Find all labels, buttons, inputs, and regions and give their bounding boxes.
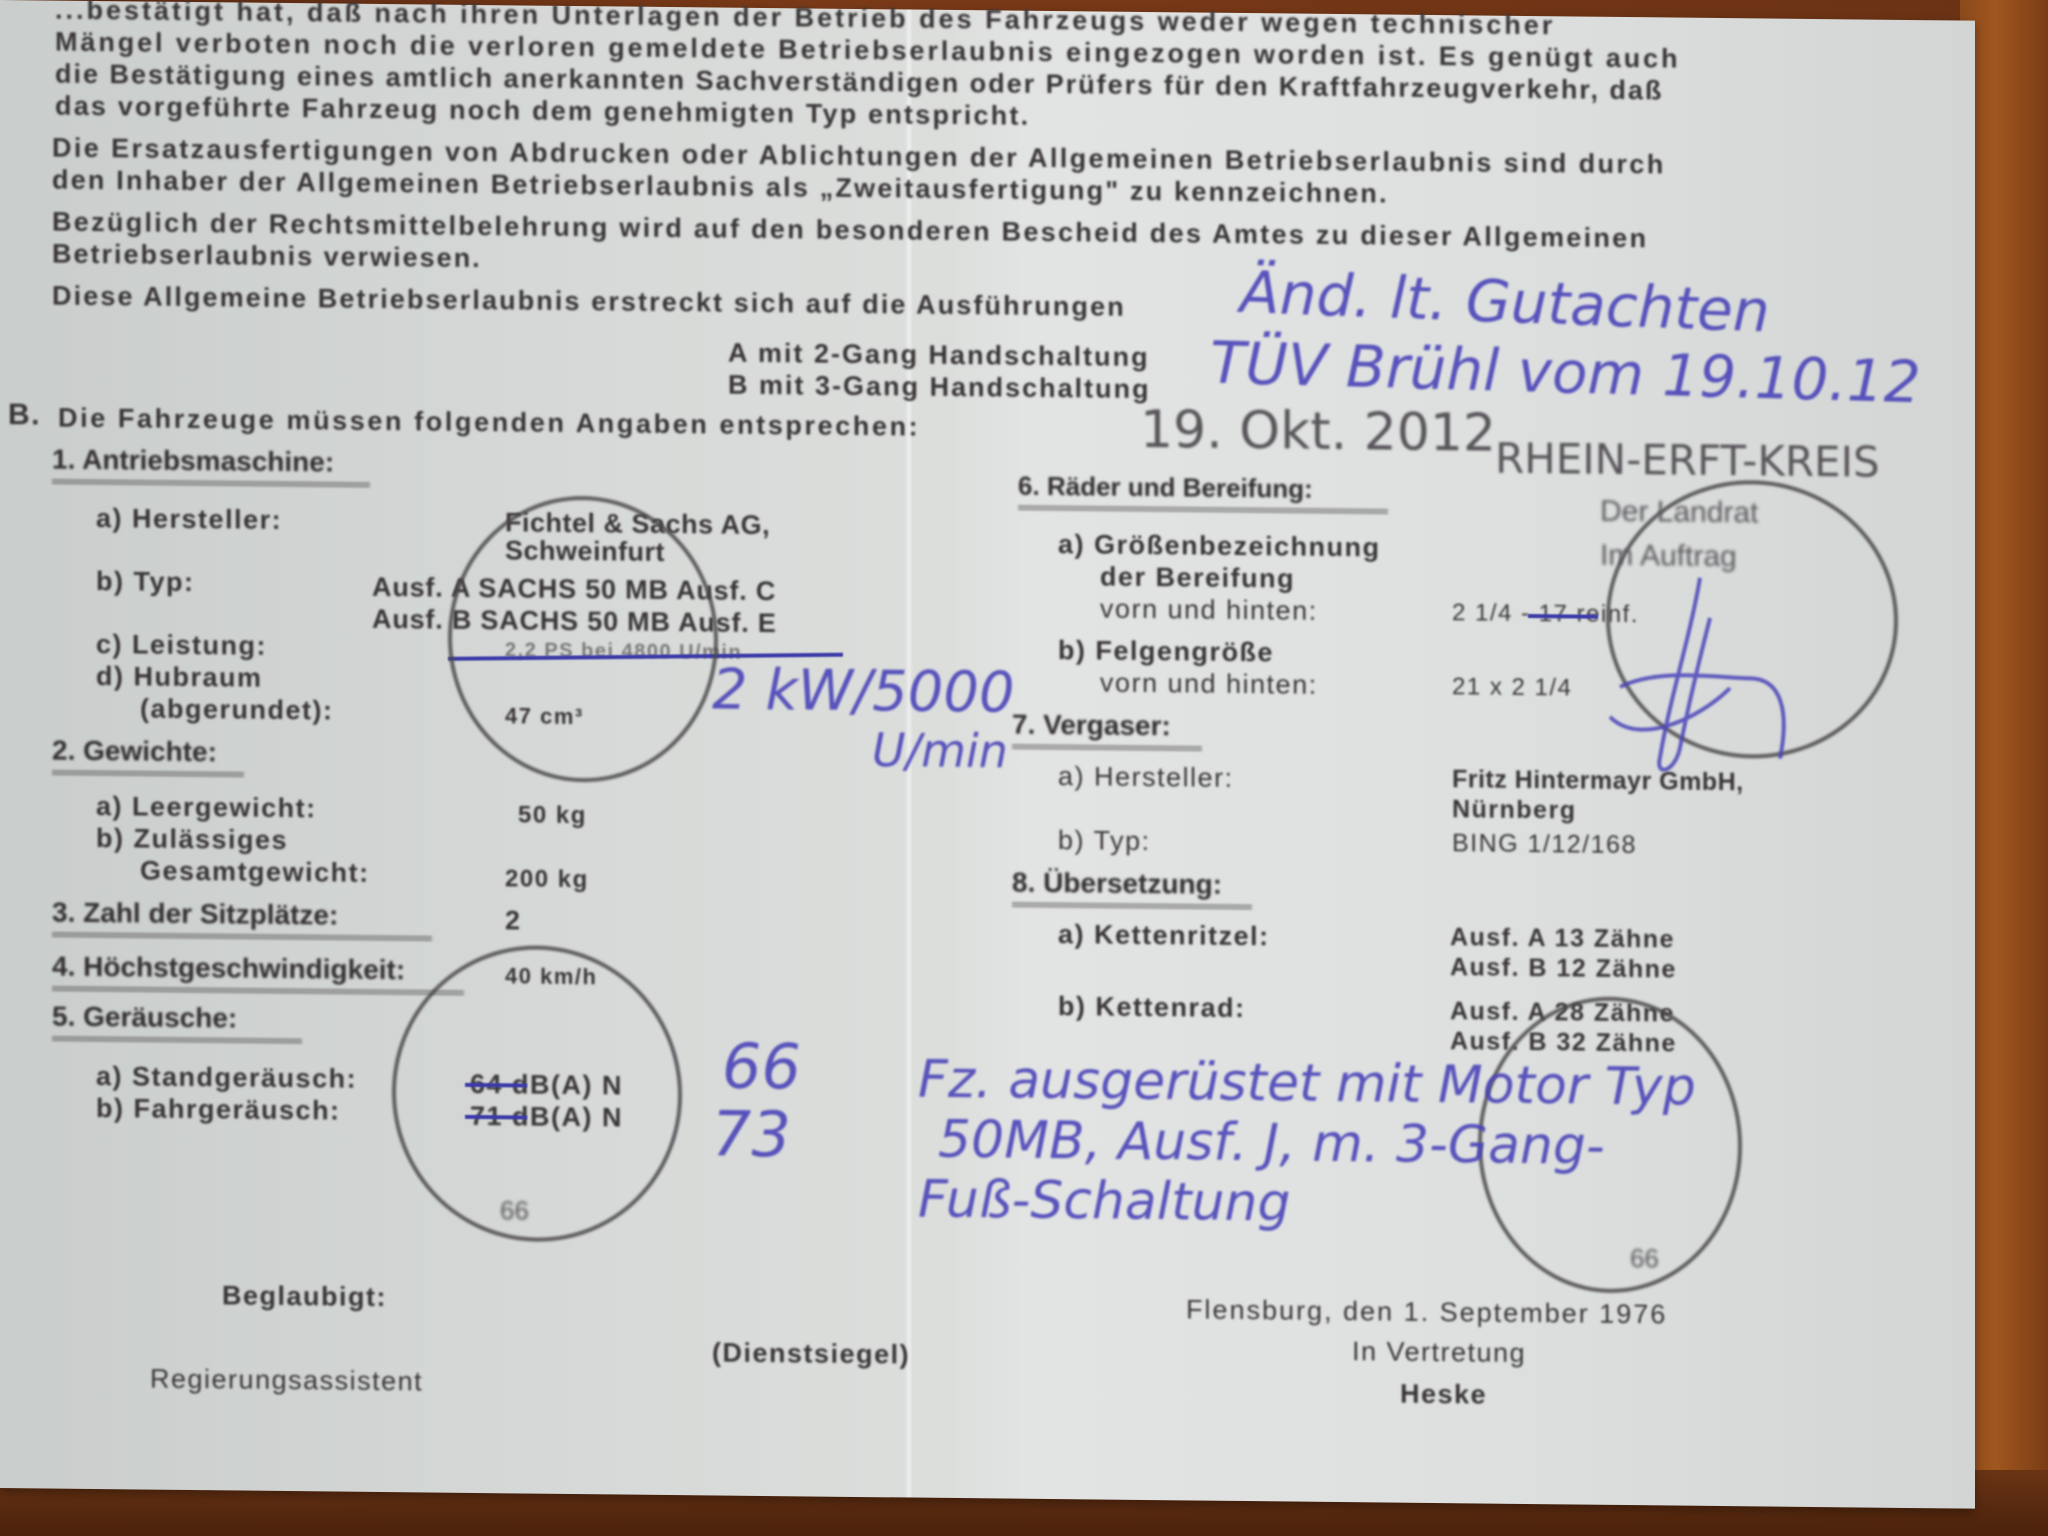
heading-raeder-bereifung: 6. Räder und Bereifung:: [1018, 471, 1388, 514]
handwritten-noise-b: 73: [712, 1097, 791, 1171]
value-felgengroesse: 21 x 2 1/4: [1452, 673, 1572, 702]
ausfuehrungen-text: Diese Allgemeine Betriebserlaubnis erstr…: [52, 281, 1126, 323]
seal-number-bottom-right: 66: [1630, 1243, 1659, 1274]
value-sitzplaetze: 2: [505, 905, 522, 936]
heading-uebersetzung: 8. Übersetzung:: [1012, 867, 1252, 910]
label-bereifung: der Bereifung: [1100, 562, 1295, 595]
label-gesamtgewicht: Gesamtgewicht:: [140, 855, 370, 888]
label-vorn-hinten-1: vorn und hinten:: [1100, 594, 1318, 627]
dienstsiegel-label: (Dienstsiegel): [712, 1337, 910, 1370]
regierungsassistent-label: Regierungsassistent: [150, 1364, 423, 1398]
value-leergewicht: 50 kg: [518, 801, 587, 830]
section-b-marker: B.: [8, 398, 41, 432]
heading-antriebsmaschine: 1. Antriebsmaschine:: [52, 444, 370, 487]
handwritten-power: 2 kW/5000: [712, 657, 1015, 725]
label-vergaser-typ: b) Typ:: [1058, 825, 1151, 857]
label-vorn-hinten-2: vorn und hinten:: [1100, 668, 1318, 701]
handwritten-note-line-1: Fz. ausgerüstet mit Motor Typ: [918, 1050, 1696, 1118]
heading-sitzplaetze: 3. Zahl der Sitzplätze:: [52, 897, 432, 941]
signature-scribble: [1580, 557, 1820, 790]
official-seal-middle: [392, 944, 682, 1243]
label-fahrgeraeusch: b) Fahrgeräusch:: [96, 1093, 341, 1127]
handwritten-noise-a: 66: [722, 1030, 801, 1104]
seal-number-middle: 66: [500, 1195, 529, 1226]
label-leergewicht: a) Leergewicht:: [96, 791, 317, 824]
handwritten-power-unit: U/min: [872, 723, 1008, 778]
date-stamp: 19. Okt. 2012: [1140, 400, 1496, 464]
label-vergaser-hersteller: a) Hersteller:: [1058, 761, 1234, 794]
authority-stamp: RHEIN-ERFT-KREIS: [1495, 434, 1880, 487]
label-felgengroesse: b) Felgengröße: [1058, 635, 1274, 668]
label-hubraum-2: (abgerundet):: [140, 693, 333, 726]
label-groessenbezeichnung: a) Größenbezeichnung: [1058, 529, 1381, 563]
handwritten-note-line-3: Fuß-Schaltung: [918, 1170, 1290, 1234]
label-typ: b) Typ:: [96, 566, 194, 598]
label-kettenrad: b) Kettenrad:: [1058, 991, 1246, 1024]
value-gesamtgewicht: 200 kg: [505, 865, 589, 894]
value-kettenritzel-a: Ausf. A 13 Zähne: [1450, 923, 1675, 954]
in-vertretung-label: In Vertretung: [1352, 1336, 1526, 1369]
label-leistung: c) Leistung:: [96, 629, 267, 662]
label-kettenritzel: a) Kettenritzel:: [1058, 919, 1270, 952]
heading-hoechstgeschwindigkeit: 4. Höchstgeschwindigkeit:: [52, 951, 464, 995]
label-hubraum: d) Hubraum: [96, 661, 263, 694]
place-date: Flensburg, den 1. September 1976: [1186, 1294, 1667, 1330]
heading-geraeusche: 5. Geräusche:: [52, 1001, 302, 1044]
official-seal-top: [448, 495, 718, 784]
heading-gewichte: 2. Gewichte:: [52, 735, 244, 777]
rechtsmittel-line-1: Betriebserlaubnis verwiesen.: [52, 239, 482, 274]
document-page: ...bestätigt hat, daß nach ihren Unterla…: [0, 0, 1975, 1509]
handwritten-note-line-2: 50MB, Ausf. J, m. 3-Gang-: [938, 1110, 1605, 1177]
ausfuehrung-b: B mit 3-Gang Handschaltung: [728, 370, 1151, 405]
beglaubigt-label: Beglaubigt:: [222, 1280, 387, 1313]
label-zulaessiges: b) Zulässiges: [96, 823, 288, 856]
ausfuehrung-a: A mit 2-Gang Handschaltung: [728, 338, 1150, 373]
signer-name: Heske: [1400, 1379, 1487, 1411]
label-hersteller: a) Hersteller:: [96, 503, 282, 536]
value-vergaser-hersteller-2: Nürnberg: [1452, 795, 1577, 825]
value-vergaser-typ: BING 1/12/168: [1452, 829, 1637, 860]
section-b-title: Die Fahrzeuge müssen folgenden Angaben e…: [58, 403, 920, 443]
value-kettenritzel-b: Ausf. B 12 Zähne: [1450, 953, 1677, 984]
heading-vergaser: 7. Vergaser:: [1012, 709, 1202, 751]
label-standgeraeusch: a) Standgeräusch:: [96, 1061, 357, 1095]
stamp-office-line-1: Der Landrat: [1600, 495, 1758, 531]
